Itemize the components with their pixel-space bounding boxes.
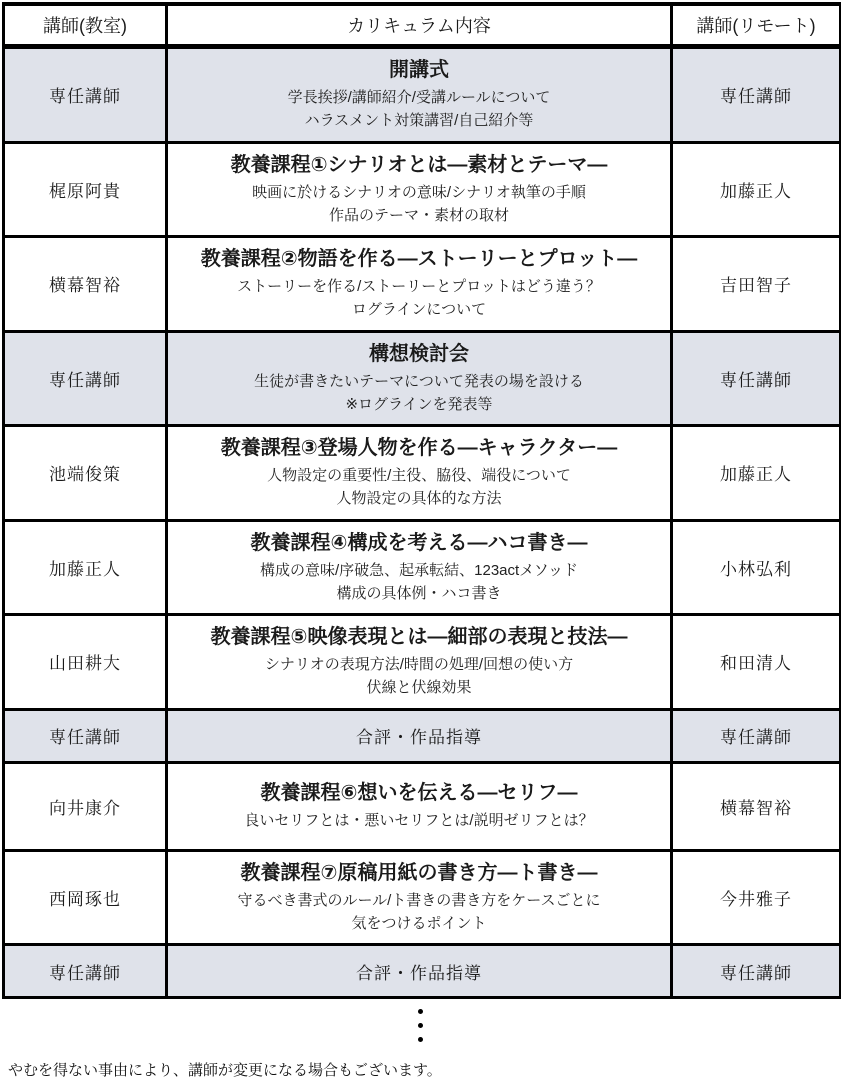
remote-instructor: 専任講師: [672, 945, 841, 998]
table-row: 専任講師合評・作品指導専任講師: [4, 709, 841, 762]
table-row: 加藤正人教養課程④構成を考える―ハコ書き―構成の意味/序破急、起承転結、123a…: [4, 520, 841, 615]
lesson-title: 教養課程②物語を作る―ストーリーとプロット―: [178, 246, 660, 272]
curriculum-content-cell: 合評・作品指導: [167, 945, 672, 998]
classroom-instructor: 専任講師: [4, 47, 167, 143]
remote-instructor: 専任講師: [672, 331, 841, 426]
lesson-detail: ハラスメント対策講習/自己紹介等: [178, 109, 660, 132]
lesson-detail: 伏線と伏線効果: [178, 676, 660, 699]
lesson-detail: 作品のテーマ・素材の取材: [178, 204, 660, 227]
ellipsis-dot: [418, 1009, 423, 1014]
remote-instructor: 加藤正人: [672, 426, 841, 521]
lesson-detail: 人物設定の重要性/主役、脇役、端役について: [178, 464, 660, 487]
lesson-detail: 良いセリフとは・悪いセリフとは/説明ゼリフとは？: [178, 809, 660, 832]
classroom-instructor: 山田耕大: [4, 615, 167, 710]
lesson-title: 教養課程⑥想いを伝える―セリフ―: [178, 780, 660, 806]
table-row: 梶原阿貴教養課程①シナリオとは―素材とテーマ―映画に於けるシナリオの意味/シナリ…: [4, 142, 841, 237]
lesson-detail: ログラインについて: [178, 298, 660, 321]
remote-instructor: 専任講師: [672, 709, 841, 762]
continuation-ellipsis-icon: [0, 1009, 841, 1042]
table-row: 山田耕大教養課程⑤映像表現とは―細部の表現と技法―シナリオの表現方法/時間の処理…: [4, 615, 841, 710]
header-col-classroom: 講師(教室): [4, 4, 167, 47]
remote-instructor: 小林弘利: [672, 520, 841, 615]
curriculum-page: 講師(教室) カリキュラム内容 講師(リモート) 専任講師開講式学長挨拶/講師紹…: [0, 2, 841, 1026]
curriculum-content-cell: 教養課程①シナリオとは―素材とテーマ―映画に於けるシナリオの意味/シナリオ執筆の…: [167, 142, 672, 237]
curriculum-content-cell: 教養課程⑦原稿用紙の書き方―ト書き―守るべき書式のルール/ト書きの書き方をケース…: [167, 850, 672, 945]
lesson-detail: 映画に於けるシナリオの意味/シナリオ執筆の手順: [178, 181, 660, 204]
lesson-title: 教養課程③登場人物を作る―キャラクター―: [178, 435, 660, 461]
table-row: 横幕智裕教養課程②物語を作る―ストーリーとプロット―ストーリーを作る/ストーリー…: [4, 237, 841, 332]
curriculum-content-cell: 合評・作品指導: [167, 709, 672, 762]
lesson-title: 教養課程⑦原稿用紙の書き方―ト書き―: [178, 860, 660, 886]
remote-instructor: 今井雅子: [672, 850, 841, 945]
classroom-instructor: 横幕智裕: [4, 237, 167, 332]
classroom-instructor: 西岡琢也: [4, 850, 167, 945]
lesson-detail: 人物設定の具体的な方法: [178, 487, 660, 510]
table-row: 専任講師構想検討会生徒が書きたいテーマについて発表の場を設ける※ログラインを発表…: [4, 331, 841, 426]
curriculum-content-cell: 教養課程④構成を考える―ハコ書き―構成の意味/序破急、起承転結、123actメソ…: [167, 520, 672, 615]
classroom-instructor: 池端俊策: [4, 426, 167, 521]
classroom-instructor: 専任講師: [4, 331, 167, 426]
classroom-instructor: 専任講師: [4, 945, 167, 998]
lesson-detail: 構成の意味/序破急、起承転結、123actメソッド: [178, 559, 660, 582]
lesson-detail: ※ログラインを発表等: [178, 393, 660, 416]
curriculum-content-cell: 構想検討会生徒が書きたいテーマについて発表の場を設ける※ログラインを発表等: [167, 331, 672, 426]
header-col-curriculum: カリキュラム内容: [167, 4, 672, 47]
curriculum-content-cell: 教養課程⑥想いを伝える―セリフ―良いセリフとは・悪いセリフとは/説明ゼリフとは？: [167, 762, 672, 850]
lesson-detail: 構成の具体例・ハコ書き: [178, 582, 660, 605]
lesson-detail: シナリオの表現方法/時間の処理/回想の使い方: [178, 653, 660, 676]
lesson-detail: ストーリーを作る/ストーリーとプロットはどう違う？: [178, 275, 660, 298]
ellipsis-dot: [418, 1023, 423, 1028]
table-row: 西岡琢也教養課程⑦原稿用紙の書き方―ト書き―守るべき書式のルール/ト書きの書き方…: [4, 850, 841, 945]
classroom-instructor: 専任講師: [4, 709, 167, 762]
table-row: 専任講師合評・作品指導専任講師: [4, 945, 841, 998]
lesson-detail: 生徒が書きたいテーマについて発表の場を設ける: [178, 370, 660, 393]
curriculum-content-cell: 教養課程③登場人物を作る―キャラクター―人物設定の重要性/主役、脇役、端役につい…: [167, 426, 672, 521]
curriculum-content-cell: 教養課程⑤映像表現とは―細部の表現と技法―シナリオの表現方法/時間の処理/回想の…: [167, 615, 672, 710]
table-row: 向井康介教養課程⑥想いを伝える―セリフ―良いセリフとは・悪いセリフとは/説明ゼリ…: [4, 762, 841, 850]
lesson-plain-label: 合評・作品指導: [178, 959, 660, 984]
lesson-detail: 気をつけるポイント: [178, 912, 660, 935]
remote-instructor: 加藤正人: [672, 142, 841, 237]
header-row: 講師(教室) カリキュラム内容 講師(リモート): [4, 4, 841, 47]
lesson-plain-label: 合評・作品指導: [178, 723, 660, 748]
lesson-title: 開講式: [178, 57, 660, 83]
classroom-instructor: 梶原阿貴: [4, 142, 167, 237]
table-body: 専任講師開講式学長挨拶/講師紹介/受講ルールについてハラスメント対策講習/自己紹…: [4, 47, 841, 998]
curriculum-content-cell: 開講式学長挨拶/講師紹介/受講ルールについてハラスメント対策講習/自己紹介等: [167, 47, 672, 143]
ellipsis-dot: [418, 1037, 423, 1042]
remote-instructor: 吉田智子: [672, 237, 841, 332]
lesson-title: 教養課程①シナリオとは―素材とテーマ―: [178, 152, 660, 178]
remote-instructor: 和田清人: [672, 615, 841, 710]
curriculum-table: 講師(教室) カリキュラム内容 講師(リモート) 専任講師開講式学長挨拶/講師紹…: [2, 2, 841, 999]
classroom-instructor: 向井康介: [4, 762, 167, 850]
remote-instructor: 専任講師: [672, 47, 841, 143]
lesson-detail: 学長挨拶/講師紹介/受講ルールについて: [178, 86, 660, 109]
classroom-instructor: 加藤正人: [4, 520, 167, 615]
curriculum-content-cell: 教養課程②物語を作る―ストーリーとプロット―ストーリーを作る/ストーリーとプロッ…: [167, 237, 672, 332]
footer-note: やむを得ない事由により、講師が変更になる場合もございます。: [8, 1059, 841, 1080]
lesson-title: 構想検討会: [178, 341, 660, 367]
lesson-title: 教養課程④構成を考える―ハコ書き―: [178, 530, 660, 556]
lesson-detail: 守るべき書式のルール/ト書きの書き方をケースごとに: [178, 889, 660, 912]
header-col-remote: 講師(リモート): [672, 4, 841, 47]
lesson-title: 教養課程⑤映像表現とは―細部の表現と技法―: [178, 624, 660, 650]
table-row: 専任講師開講式学長挨拶/講師紹介/受講ルールについてハラスメント対策講習/自己紹…: [4, 47, 841, 143]
remote-instructor: 横幕智裕: [672, 762, 841, 850]
table-row: 池端俊策教養課程③登場人物を作る―キャラクター―人物設定の重要性/主役、脇役、端…: [4, 426, 841, 521]
